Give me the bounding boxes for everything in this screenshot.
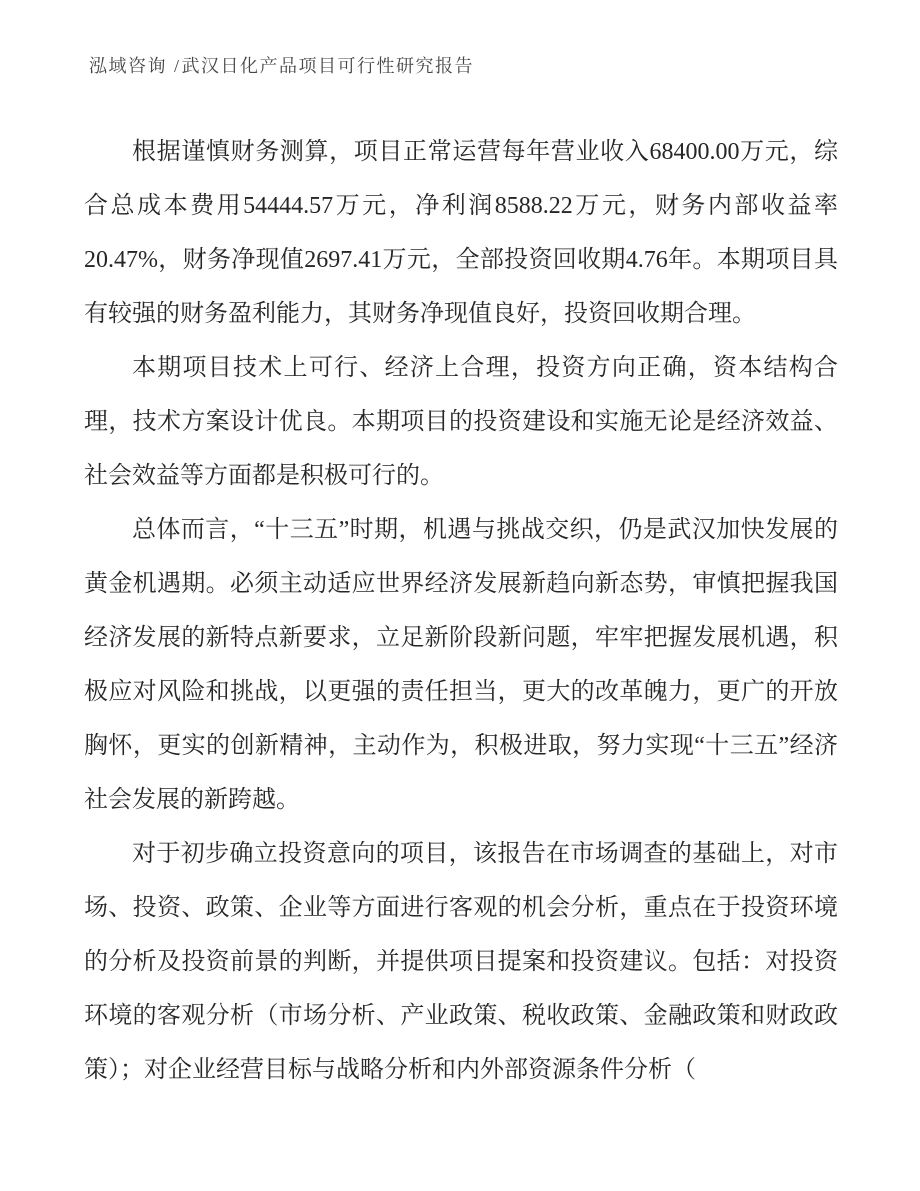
header-brand: 泓域咨询	[89, 56, 167, 76]
document-page: 泓域咨询/武汉日化产品项目可行性研究报告 根据谨慎财务测算，项目正常运营每年营业…	[0, 0, 920, 1191]
paragraph-financial-summary: 根据谨慎财务测算，项目正常运营每年营业收入68400.00万元，综合总成本费用5…	[84, 125, 838, 341]
page-header: 泓域咨询/武汉日化产品项目可行性研究报告	[89, 54, 474, 78]
paragraph-report-scope: 对于初步确立投资意向的项目，该报告在市场调查的基础上，对市场、投资、政策、企业等…	[84, 827, 838, 1097]
header-separator: /	[174, 56, 181, 76]
paragraph-thirteenth-five-outlook: 总体而言，“十三五”时期，机遇与挑战交织，仍是武汉加快发展的黄金机遇期。必须主动…	[84, 503, 838, 827]
header-title: 武汉日化产品项目可行性研究报告	[182, 56, 475, 76]
document-body: 根据谨慎财务测算，项目正常运营每年营业收入68400.00万元，综合总成本费用5…	[84, 125, 838, 1097]
paragraph-feasibility-conclusion: 本期项目技术上可行、经济上合理，投资方向正确，资本结构合理，技术方案设计优良。本…	[84, 341, 838, 503]
